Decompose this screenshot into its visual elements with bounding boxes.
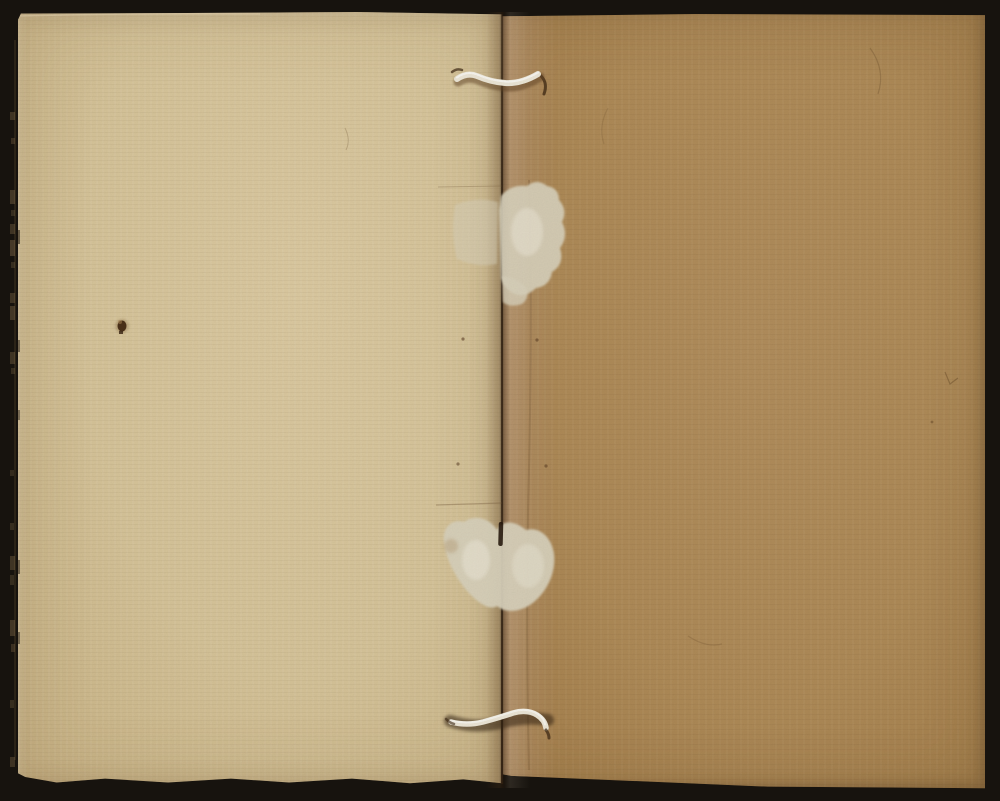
right-page xyxy=(502,14,985,789)
book-photograph xyxy=(0,0,1000,801)
gutter-line xyxy=(501,14,503,784)
left-page xyxy=(18,12,502,784)
